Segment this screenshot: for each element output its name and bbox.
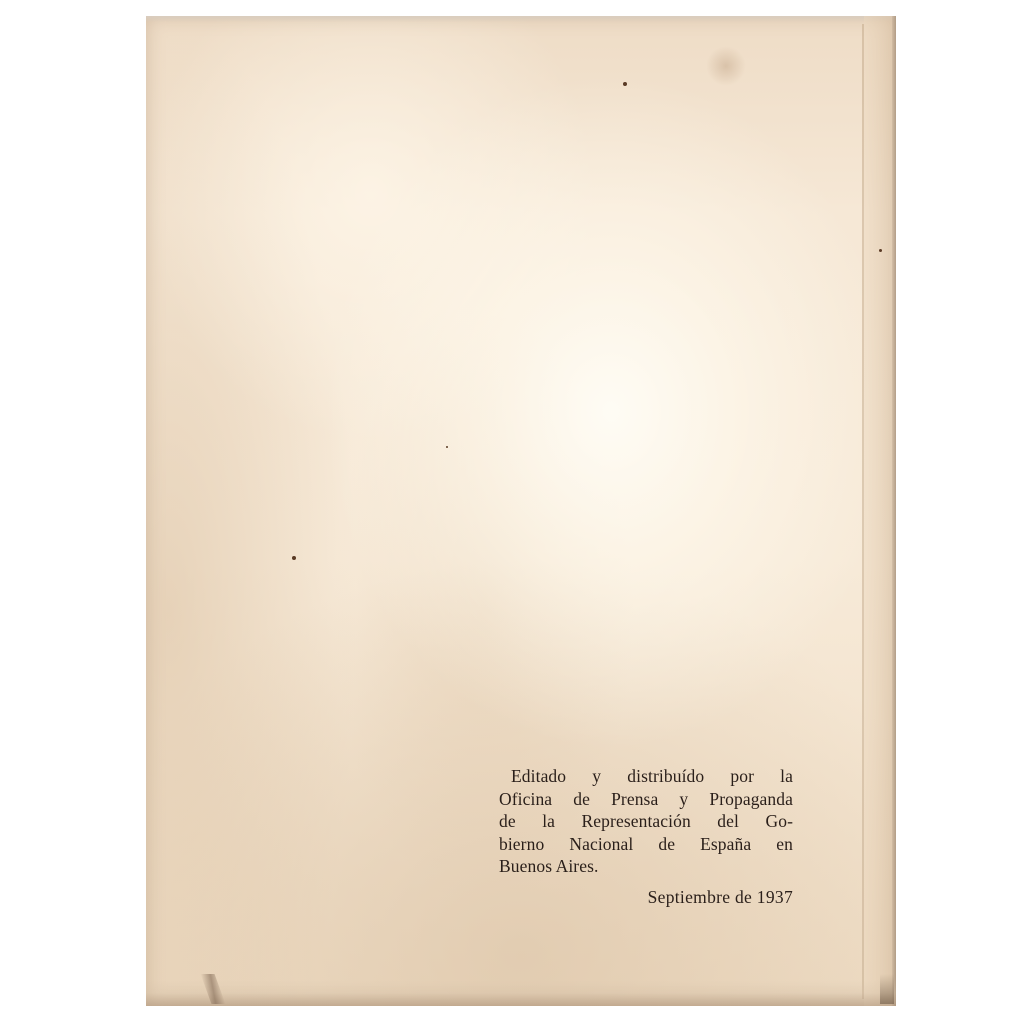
stain	[706, 46, 746, 86]
page-bottom-edge	[146, 980, 896, 1006]
colophon-line: Oficina de Prensa y Propaganda	[499, 788, 793, 811]
page-right-edge	[892, 16, 896, 1006]
page-top-edge	[146, 16, 896, 22]
colophon-line: Buenos Aires.	[499, 855, 793, 878]
colophon-line: Editado y distribuído por la	[499, 765, 793, 788]
ink-speck	[623, 82, 627, 86]
corner-wear	[880, 974, 894, 1004]
ink-speck	[292, 556, 296, 560]
colophon-text: Editado y distribuído por la Oficina de …	[499, 765, 793, 878]
ink-speck	[879, 249, 882, 252]
ink-speck	[446, 446, 448, 448]
colophon-line: de la Representación del Go-	[499, 810, 793, 833]
colophon-line: bierno Nacional de España en	[499, 833, 793, 856]
publication-date: Septiembre de 1937	[499, 886, 793, 908]
fold-line	[862, 24, 864, 999]
